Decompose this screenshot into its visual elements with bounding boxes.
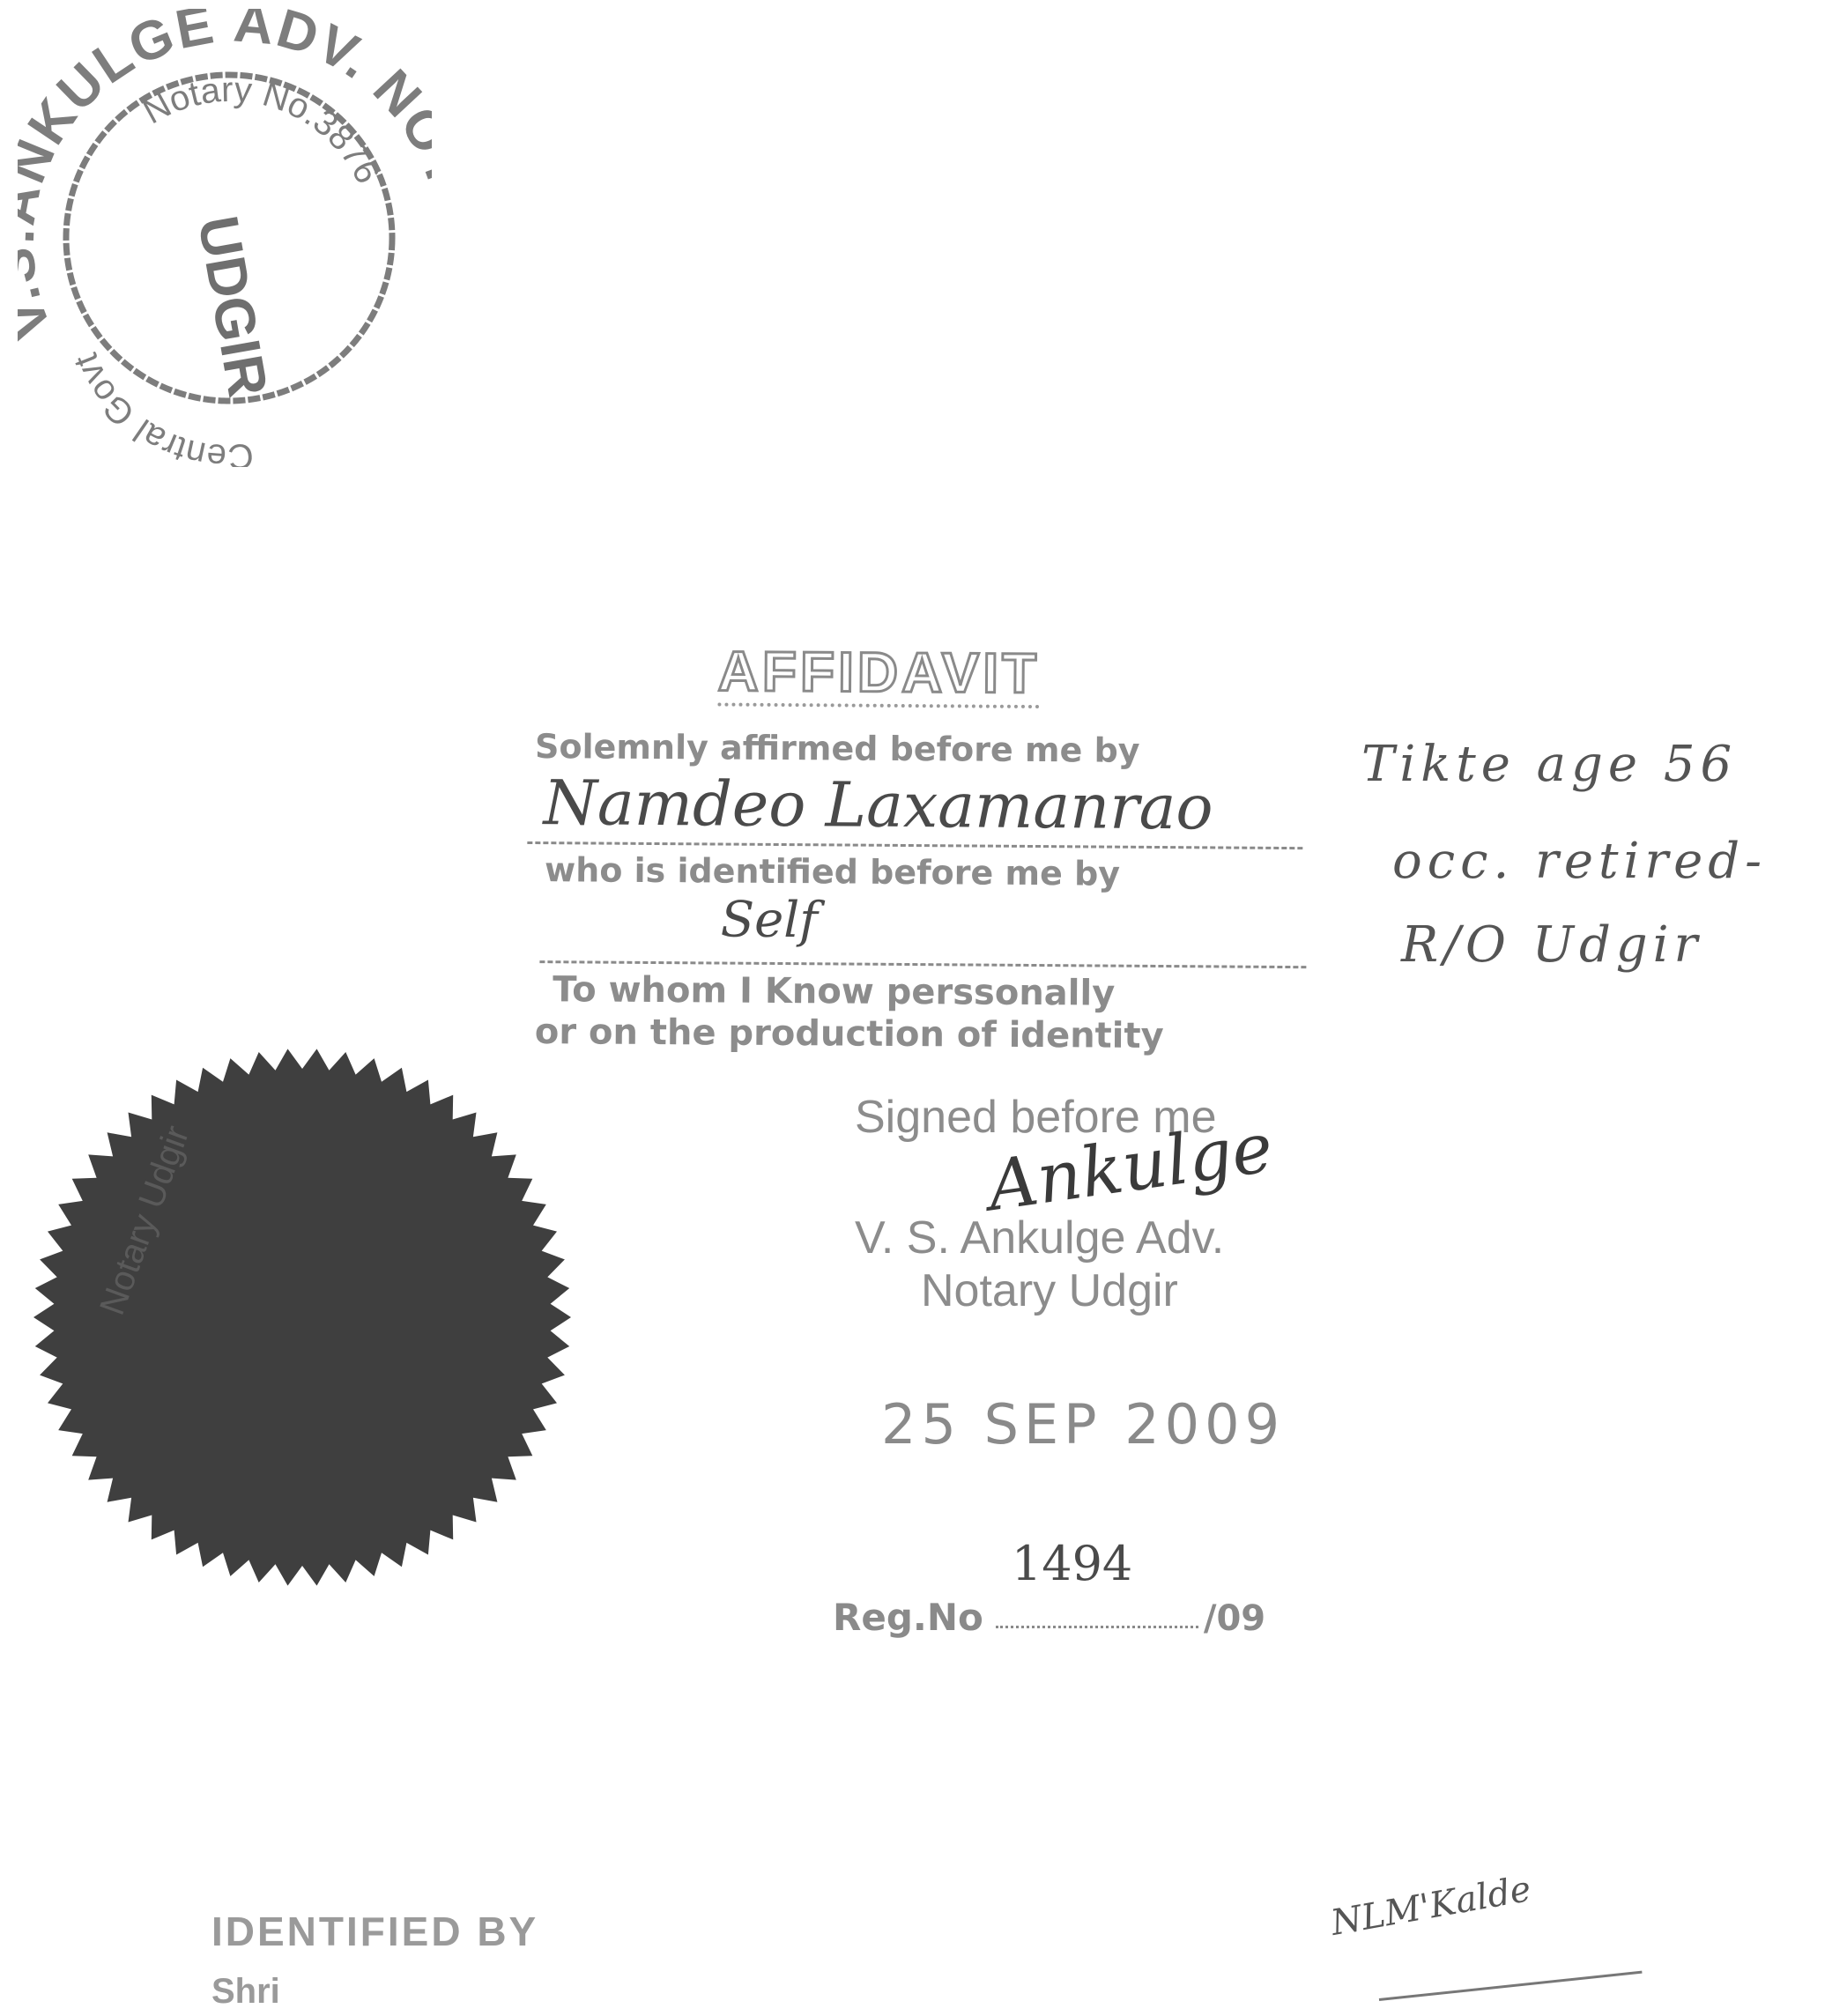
- embossed-notary-seal: Notary Udgir: [25, 1027, 571, 1599]
- affidavit-stamp: AFFIDAVIT Solemnly affirmed before me by…: [526, 634, 1322, 1045]
- identified-by-label: IDENTIFIED BY: [211, 1908, 538, 1955]
- reg-number-value: 1494: [1012, 1536, 1132, 1591]
- deponent-occupation: occ. retired-: [1392, 833, 1767, 890]
- date-stamp: 25 SEP 2009: [881, 1392, 1285, 1456]
- know-personally-line: To whom I Know perssonally: [553, 969, 1115, 1013]
- registration-number: Reg.No 1494 /09: [833, 1590, 1265, 1639]
- reg-year: /09: [1204, 1598, 1265, 1639]
- stamp-center-udgir: UDGIR: [186, 211, 280, 402]
- identifier-name: Self: [721, 892, 819, 950]
- reg-no-label: Reg.No: [833, 1596, 983, 1639]
- witness-signature: NLM'Kalde: [1328, 1869, 1534, 1944]
- seal-graphic: Notary Udgir: [25, 1027, 571, 1599]
- seal-starburst: [33, 1049, 571, 1585]
- reg-number-field: 1494: [996, 1590, 1198, 1628]
- affirmation-line: Solemnly affirmed before me by: [535, 727, 1140, 770]
- identified-before-line: who is identified before me by: [545, 850, 1120, 893]
- notary-round-stamp: V.S.ANKULGE ADV. NOTARY Notary No.3876 C…: [18, 9, 432, 467]
- identifier-underline: [539, 960, 1306, 968]
- affidavit-title: AFFIDAVIT: [717, 643, 1040, 709]
- witness-signature-line: [1379, 1971, 1643, 2001]
- production-identity-line: or on the production of identity: [535, 1012, 1164, 1056]
- deponent-name: Namdeo Laxamanrao: [543, 767, 1213, 843]
- deponent-surname-age: Tikte age 56: [1361, 736, 1737, 793]
- notary-name: V. S. Ankulge Adv.: [855, 1212, 1224, 1264]
- notary-place: Notary Udgir: [921, 1264, 1178, 1317]
- deponent-residence: R/O Udgir: [1401, 916, 1702, 974]
- identified-by-name: Shri: [211, 1972, 280, 2012]
- round-stamp-graphic: V.S.ANKULGE ADV. NOTARY Notary No.3876 C…: [18, 9, 432, 467]
